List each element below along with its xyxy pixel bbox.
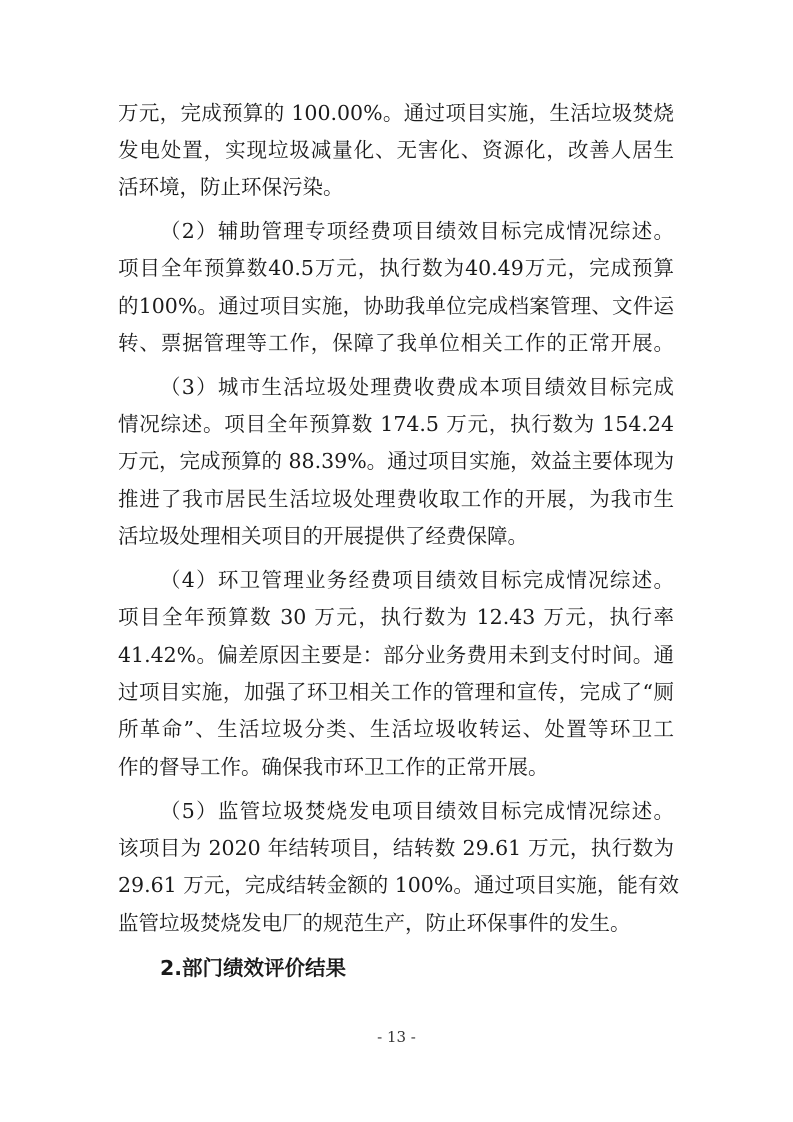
paragraph-line: 转、票据管理等工作，保障了我单位相关工作的正常开展。 [118,328,674,358]
paragraph-line: 监管垃圾焚烧发电厂的规范生产，防止环保事件的发生。 [118,908,674,938]
paragraph-heading-line: （3）城市生活垃圾处理费收费成本项目绩效目标完成 [160,372,674,402]
paragraph-line: 过项目实施，加强了环卫相关工作的管理和宣传，完成了“厕 [118,677,674,707]
paragraph-line: 所革命”、生活垃圾分类、生活垃圾收转运、处置等环卫工 [118,714,674,744]
paragraph-heading-line: （5）监管垃圾焚烧发电项目绩效目标完成情况综述。 [160,796,674,826]
paragraph-line: 万元，完成预算的 88.39%。通过项目实施，效益主要体现为 [118,446,674,476]
paragraph-heading-line: （4）环卫管理业务经费项目绩效目标完成情况综述。 [160,565,674,595]
paragraph-line: 作的督导工作。确保我市环卫工作的正常开展。 [118,752,674,782]
paragraph-line: 的100%。通过项目实施，协助我单位完成档案管理、文件运 [118,291,674,321]
section-heading: 2.部门绩效评价结果 [160,953,346,983]
document-page: 万元，完成预算的 100.00%。通过项目实施，生活垃圾焚烧 发电处置，实现垃圾… [0,0,793,1122]
paragraph-line: 情况综述。项目全年预算数 174.5 万元，执行数为 154.24 [118,409,674,439]
paragraph-line: 活垃圾处理相关项目的开展提供了经费保障。 [118,521,674,551]
paragraph-line: 推进了我市居民生活垃圾处理费收取工作的开展，为我市生 [118,484,674,514]
paragraph-line: 项目全年预算数40.5万元，执行数为40.49万元，完成预算 [118,253,674,283]
paragraph-line: 活环境，防止环保污染。 [118,172,674,202]
paragraph-line: 41.42%。偏差原因主要是：部分业务费用未到支付时间。通 [118,640,674,670]
paragraph-line: 万元，完成预算的 100.00%。通过项目实施，生活垃圾焚烧 [118,98,674,128]
paragraph-line: 29.61 万元，完成结转金额的 100%。通过项目实施，能有效 [118,870,674,900]
paragraph-line: 发电处置，实现垃圾减量化、无害化、资源化，改善人居生 [118,135,674,165]
paragraph-heading-line: （2）辅助管理专项经费项目绩效目标完成情况综述。 [160,216,674,246]
paragraph-line: 该项目为 2020 年结转项目，结转数 29.61 万元，执行数为 [118,833,674,863]
paragraph-line: 项目全年预算数 30 万元，执行数为 12.43 万元，执行率 [118,602,674,632]
page-number: - 13 - [0,1027,793,1047]
